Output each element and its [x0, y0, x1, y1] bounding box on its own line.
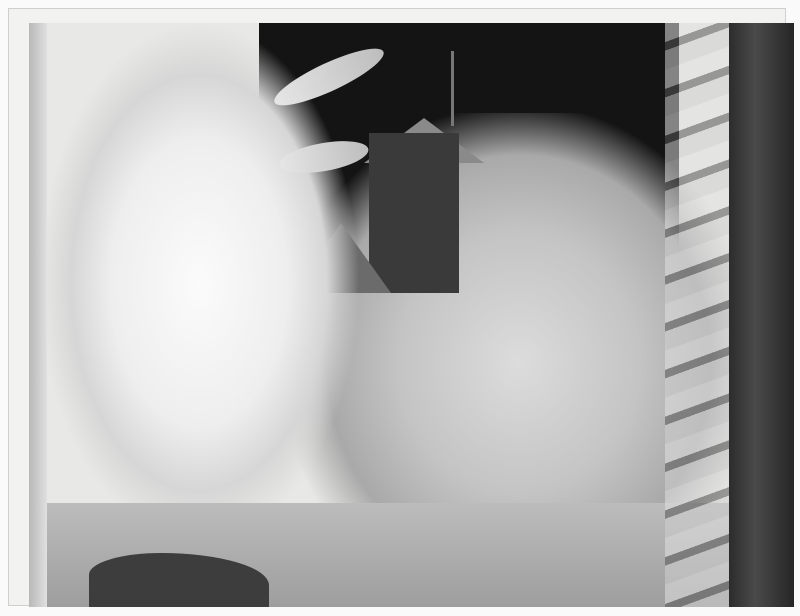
- photo-negative: [29, 23, 794, 607]
- left-vine-edge: [29, 23, 47, 607]
- weathervane-spire: [451, 51, 454, 126]
- climbing-vine: [665, 23, 729, 607]
- conifer-tree: [29, 23, 389, 563]
- tree-trunk: [729, 23, 794, 607]
- negative-border: [8, 8, 786, 606]
